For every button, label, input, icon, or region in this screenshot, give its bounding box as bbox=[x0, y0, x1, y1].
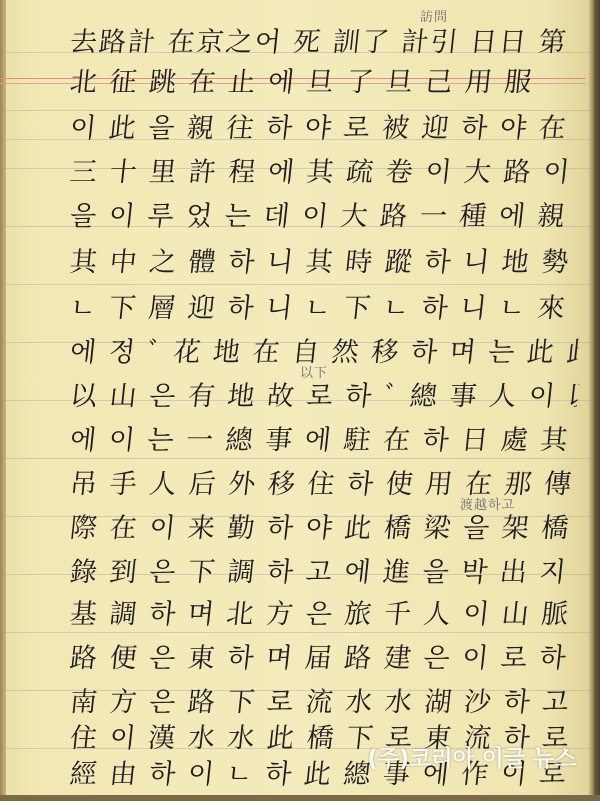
manuscript-line: 에 이 는 一 總 事 에 駐 在 하 日 處 其 補 助 bbox=[68, 424, 580, 458]
manuscript-line: 을 이 루 었 는 데 이 大 路 一 種 에 親 覽 이 bbox=[68, 200, 580, 234]
manuscript-line: 以 山 은 有 地 故 로 하 ﾞ 總 事 人 이 以 國 橋 bbox=[68, 380, 580, 414]
manuscript-line: ㄴ 下 層 迎 하 니 ㄴ 下 ㄴ 하 니 ㄴ 來 이 此 來 勢 bbox=[68, 292, 580, 326]
manuscript-line: 路 便 은 東 하 며 届 路 建 은 이 로 하 였 고 bbox=[68, 642, 580, 676]
manuscript-line: 去路計 在京之어 死 訓了 計引 日日 第 協 bbox=[68, 26, 580, 60]
ruled-line bbox=[0, 110, 594, 111]
ruled-line bbox=[0, 632, 594, 633]
manuscript-line: 其 中 之 體 하 니 其 時 蹤 하 니 地 勢 이 로 二 bbox=[68, 246, 580, 280]
ruled-line bbox=[0, 458, 594, 459]
ruled-line bbox=[0, 284, 594, 285]
manuscript-line: 三 十 里 許 程 에 其 疏 卷 이 大 路 이 ㄴ 山 ㄴ 道 bbox=[68, 156, 580, 190]
manuscript-line: 南 方 은 路 下 로 流 水 水 湖 沙 하 고 中 間 은 丰 bbox=[68, 686, 580, 720]
manuscript-line: 際 在 이 来 勤 하 야 此 橋 梁 을 架 橋 하 야 bbox=[68, 512, 580, 546]
manuscript-line: 이 此 을 親 往 하 야 로 被 迎 하 야 在 祀 하 기 不 過 bbox=[68, 112, 580, 146]
page-edge bbox=[0, 795, 600, 801]
watermark: (주)코리아 이글 뉴스 bbox=[367, 740, 576, 773]
manuscript-page: 去路計 在京之어 死 訓了 計引 日日 第 協 訪問 北 征 跳 在 止 에 旦… bbox=[0, 0, 594, 795]
page-edge bbox=[594, 0, 600, 801]
interlinear-annotation: 以下 bbox=[300, 362, 328, 381]
manuscript-line: 基 調 하 며 北 方 은 旅 千 人 이 山 脈 이 나 하 며 bbox=[68, 598, 580, 632]
manuscript-line: 北 征 跳 在 止 에 旦 了 旦 己 用 服 bbox=[68, 66, 580, 100]
interlinear-annotation: 訪問 bbox=[420, 6, 448, 25]
interlinear-annotation: 渡越하고 bbox=[460, 494, 515, 513]
manuscript-line: 錄 到 은 下 調 하 고 에 進 을 박 出 지 하 此 此 bbox=[68, 556, 580, 590]
